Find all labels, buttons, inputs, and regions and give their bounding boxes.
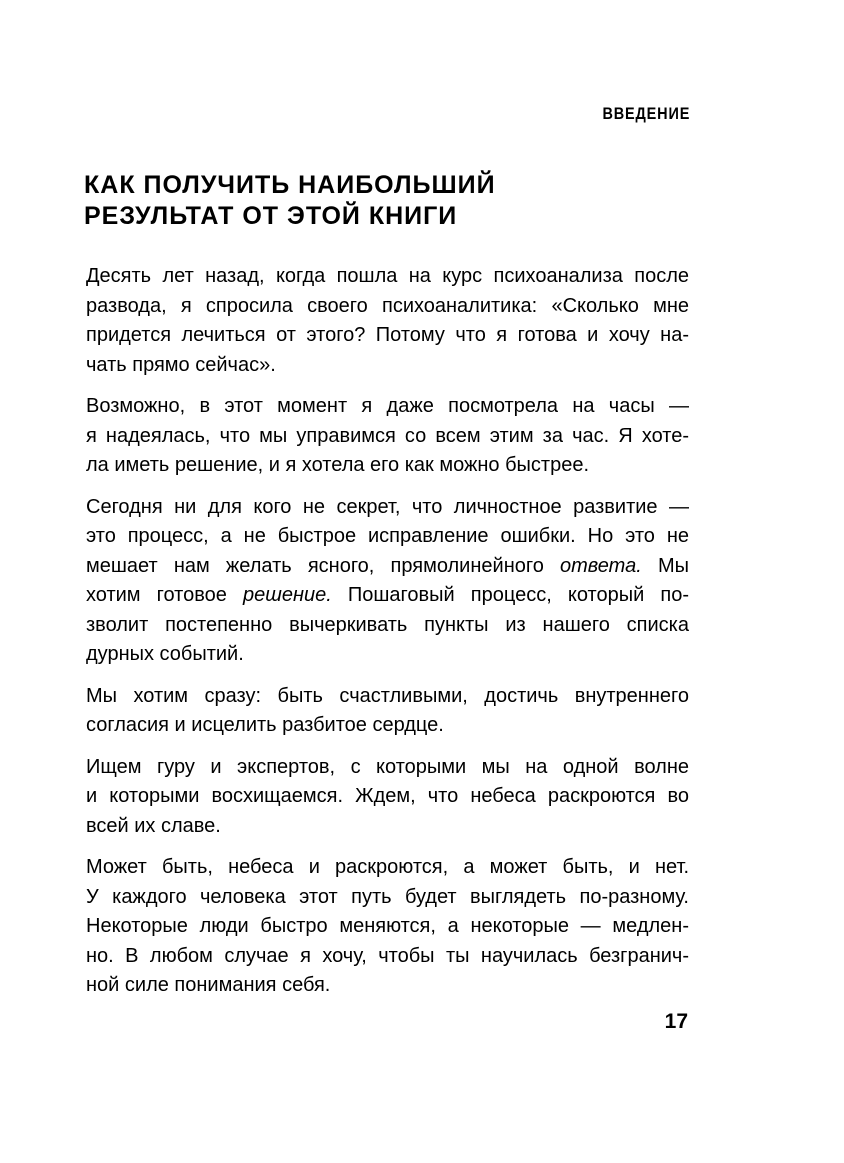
- text-line: зволит постепенно вычеркивать пункты из …: [86, 611, 689, 641]
- text-line: ной силе понимания себя.: [86, 971, 689, 1001]
- text-line: Может быть, небеса и раскроются, а может…: [86, 853, 689, 883]
- paragraph: Возможно, в этот момент я даже посмотрел…: [86, 392, 689, 481]
- chapter-title: КАК ПОЛУЧИТЬ НАИБОЛЬШИЙ РЕЗУЛЬТАТ ОТ ЭТО…: [84, 170, 496, 232]
- text-line: Мы хотим сразу: быть счастливыми, достич…: [86, 682, 689, 712]
- paragraph: Десять лет назад, когда пошла на курс пс…: [86, 262, 689, 380]
- text-line: это процесс, а не быстрое исправление ош…: [86, 522, 689, 552]
- paragraph: Может быть, небеса и раскроются, а может…: [86, 853, 689, 1001]
- book-page: ВВЕДЕНИЕ КАК ПОЛУЧИТЬ НАИБОЛЬШИЙ РЕЗУЛЬТ…: [0, 0, 844, 1163]
- text-line: всей их славе.: [86, 812, 689, 842]
- running-header: ВВЕДЕНИЕ: [602, 104, 690, 124]
- text-line: дурных событий.: [86, 640, 689, 670]
- text-line: но. В любом случае я хочу, чтобы ты науч…: [86, 942, 689, 972]
- text-line: У каждого человека этот путь будет выгля…: [86, 883, 689, 913]
- paragraph: Сегодня ни для кого не секрет, что лично…: [86, 493, 689, 670]
- paragraph: Мы хотим сразу: быть счастливыми, достич…: [86, 682, 689, 741]
- paragraph: Ищем гуру и экспертов, с которыми мы на …: [86, 753, 689, 842]
- text-line: хотим готовое решение. Пошаговый процесс…: [86, 581, 689, 611]
- text-line: и которыми восхищаемся. Ждем, что небеса…: [86, 782, 689, 812]
- chapter-title-line-1: КАК ПОЛУЧИТЬ НАИБОЛЬШИЙ: [84, 170, 496, 201]
- text-line: согласия и исцелить разбитое сердце.: [86, 711, 689, 741]
- text-line: я надеялась, что мы управимся со всем эт…: [86, 422, 689, 452]
- text-line: ла иметь решение, и я хотела его как мож…: [86, 451, 689, 481]
- text-line: Десять лет назад, когда пошла на курс пс…: [86, 262, 689, 292]
- text-line: развода, я спросила своего психоаналитик…: [86, 292, 689, 322]
- text-line: Сегодня ни для кого не секрет, что лично…: [86, 493, 689, 523]
- text-line: Возможно, в этот момент я даже посмотрел…: [86, 392, 689, 422]
- text-line: Ищем гуру и экспертов, с которыми мы на …: [86, 753, 689, 783]
- chapter-title-line-2: РЕЗУЛЬТАТ ОТ ЭТОЙ КНИГИ: [84, 201, 496, 232]
- page-number: 17: [665, 1010, 688, 1034]
- text-line: придется лечиться от этого? Потому что я…: [86, 321, 689, 351]
- text-line: чать прямо сейчас».: [86, 351, 689, 381]
- body-text: Десять лет назад, когда пошла на курс пс…: [86, 262, 689, 1013]
- text-line: мешает нам желать ясного, прямолинейного…: [86, 552, 689, 582]
- text-line: Некоторые люди быстро меняются, а некото…: [86, 912, 689, 942]
